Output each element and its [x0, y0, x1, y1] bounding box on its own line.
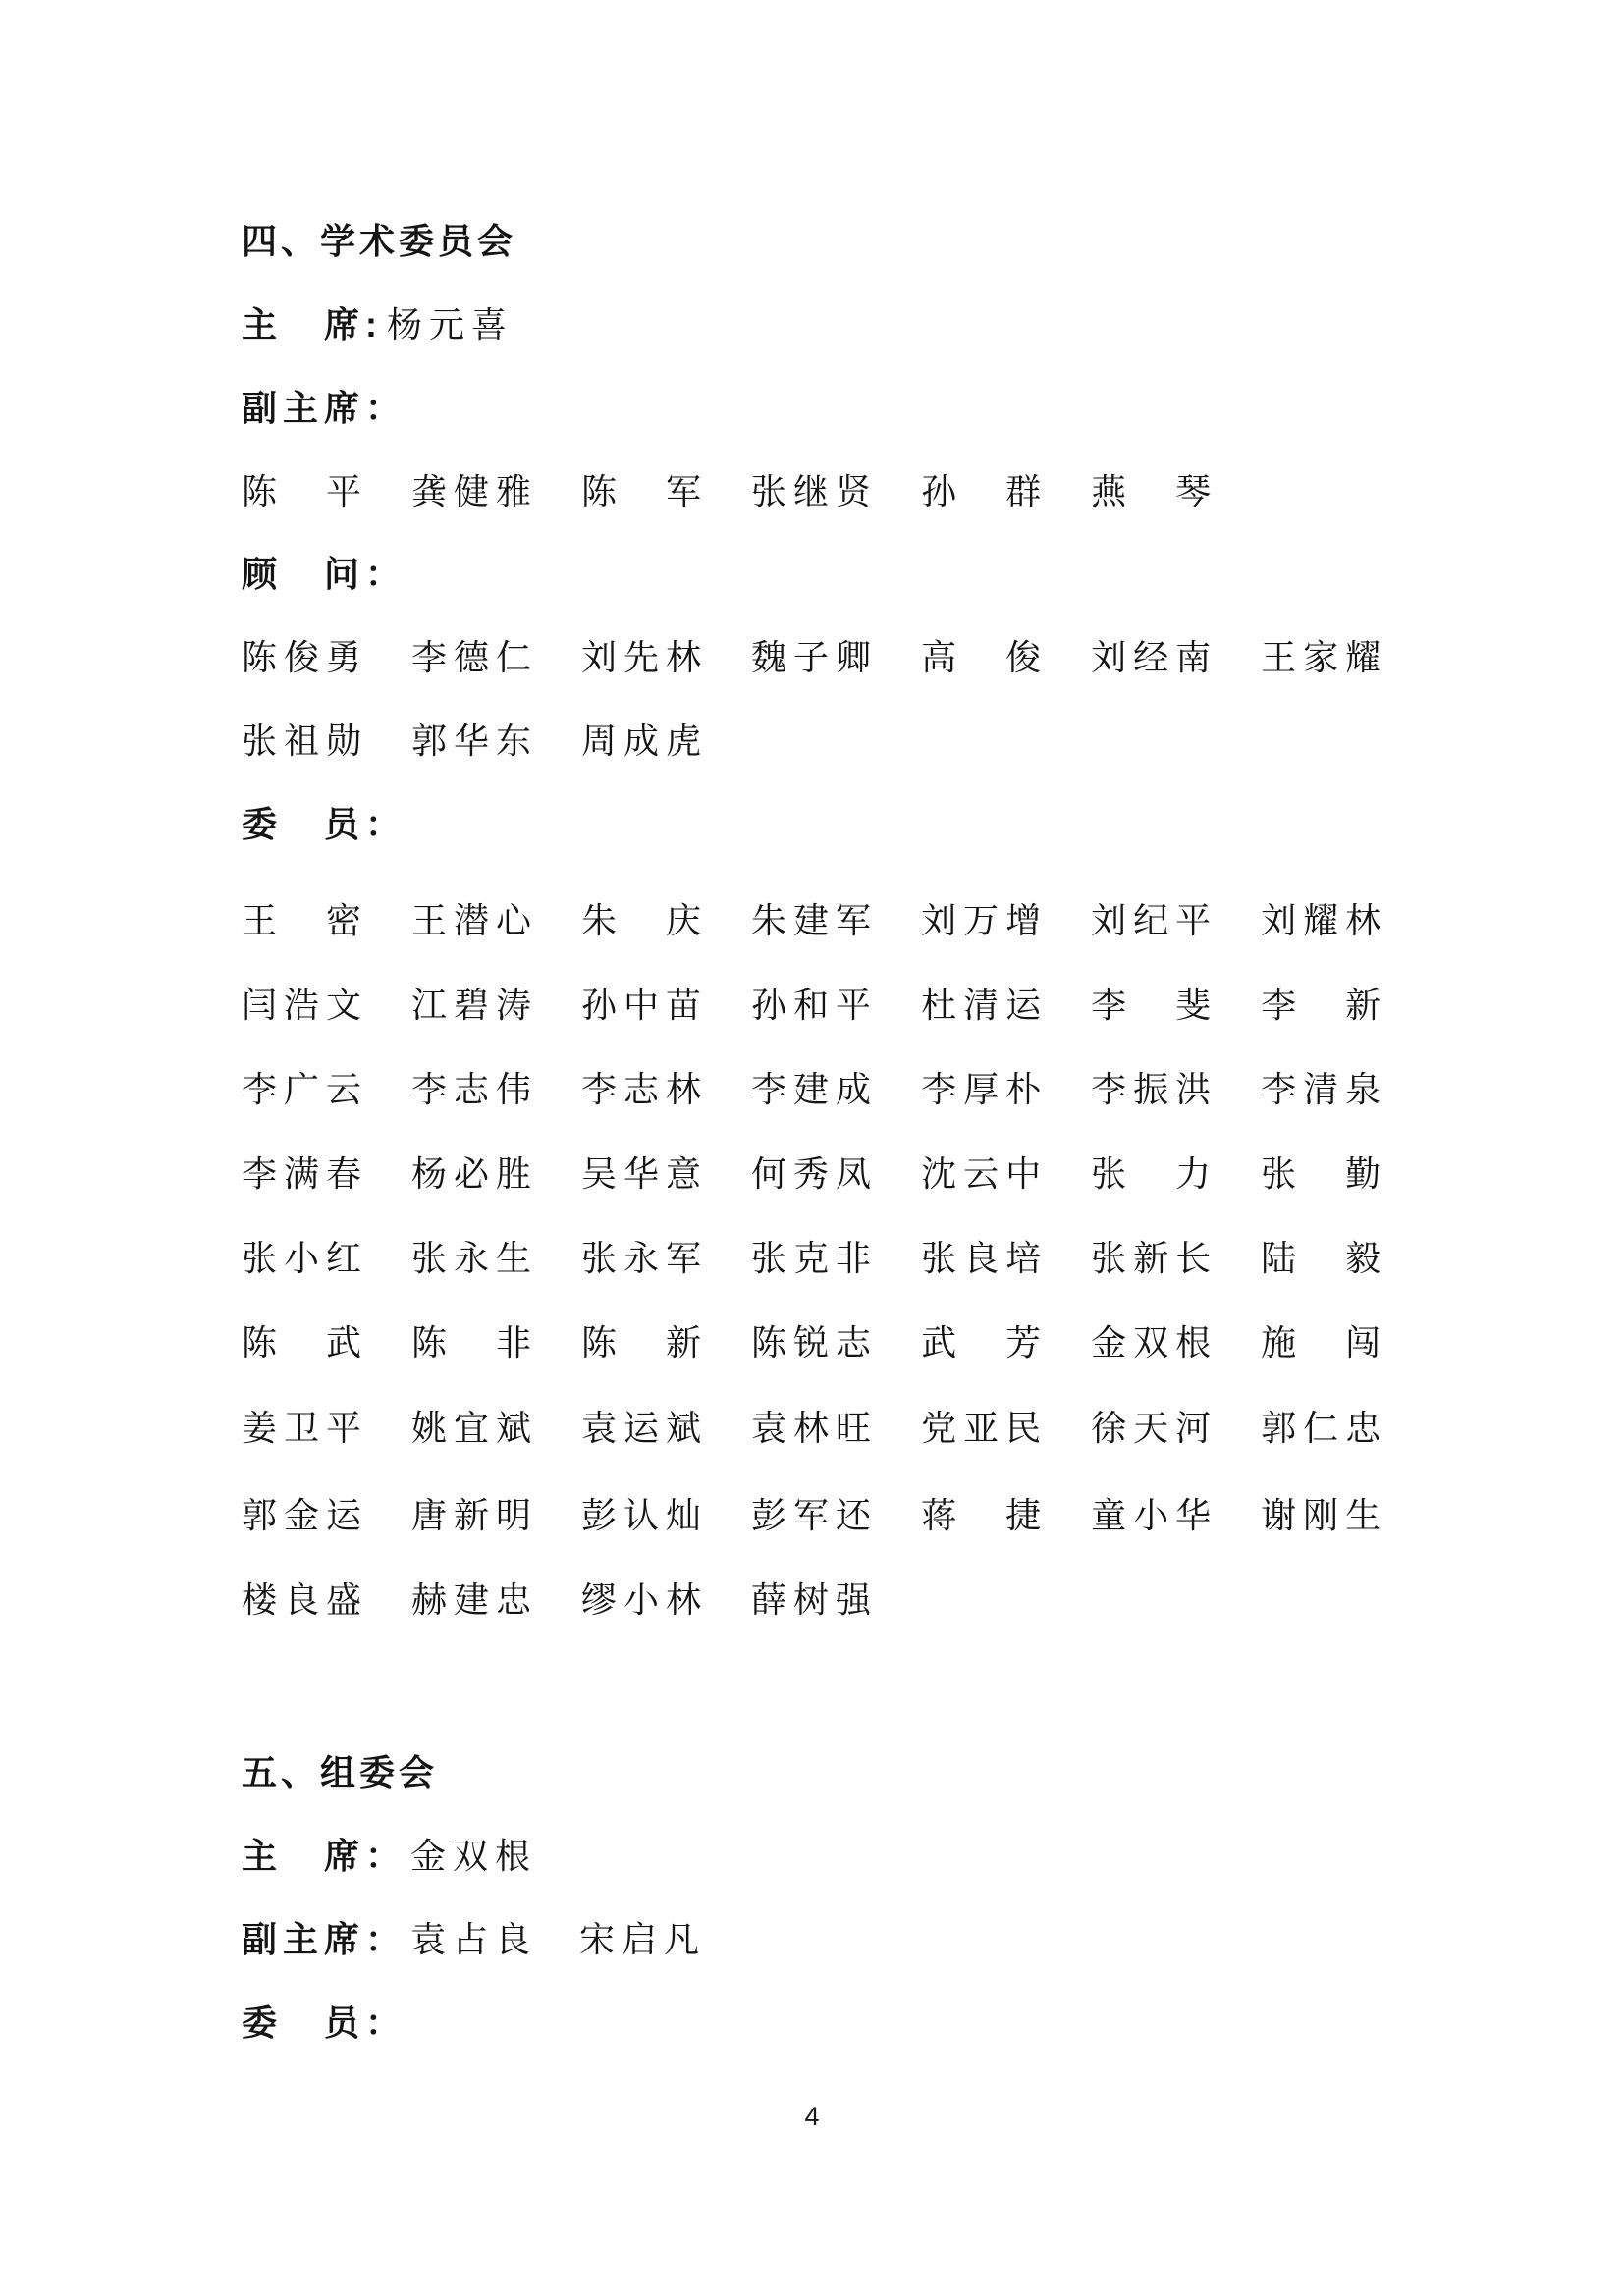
person-name: 郭仁忠 — [1261, 1411, 1387, 1446]
person-name: 郭华东 — [411, 723, 538, 759]
section4-member-label-line: 委 员： — [242, 807, 410, 842]
section5-vice-chair-line: 副主席：袁占良 宋启凡 — [242, 1922, 706, 1957]
person-name: 李建成 — [751, 1072, 878, 1107]
section4-member-row: 陈 武陈 非陈 新陈锐志武 芳金双根施 闯 — [242, 1325, 1387, 1361]
person-name: 陈 军 — [581, 474, 708, 509]
person-name: 张永生 — [411, 1241, 538, 1276]
person-name: 张良培 — [921, 1241, 1048, 1276]
section4-advisor-row: 陈俊勇李德仁刘先林魏子卿高 俊刘经南王家耀 — [242, 640, 1387, 675]
person-name: 孙 群 — [921, 474, 1048, 509]
person-name: 袁运斌 — [581, 1411, 708, 1446]
person-name: 徐天河 — [1091, 1411, 1218, 1446]
person-name: 陈 非 — [411, 1325, 538, 1361]
section4-member-row: 楼良盛赫建忠缪小林薛树强 — [242, 1582, 878, 1618]
section5-chair-label: 主 席： — [242, 1836, 406, 1876]
section4-member-row: 李满春杨必胜吴华意何秀凤沈云中张 力张 勤 — [242, 1156, 1387, 1192]
person-name: 孙中苗 — [581, 988, 708, 1023]
person-name: 朱 庆 — [581, 903, 708, 938]
person-name: 金双根 — [1091, 1325, 1218, 1361]
person-name: 李志伟 — [411, 1072, 538, 1107]
person-name: 蒋 捷 — [921, 1498, 1048, 1533]
person-name: 李 斐 — [1091, 988, 1218, 1023]
section5-heading: 五、组委会 — [242, 1755, 438, 1790]
person-name: 何秀凤 — [751, 1156, 878, 1192]
section5-chair-name: 金双根 — [410, 1839, 537, 1874]
section4-member-row: 王 密王潜心朱 庆朱建军刘万增刘纪平刘耀林 — [242, 903, 1387, 938]
section4-vice-chair-label-line: 副主席： — [242, 391, 410, 426]
section4-chair-label: 主 席: — [242, 304, 383, 345]
page-number: 4 — [0, 2104, 1624, 2130]
person-name: 唐新明 — [411, 1498, 538, 1533]
person-name: 王家耀 — [1261, 640, 1387, 675]
section4-advisor-label: 顾 问： — [242, 554, 406, 594]
person-name: 张小红 — [242, 1241, 368, 1276]
person-name: 袁林旺 — [751, 1411, 878, 1446]
person-name: 童小华 — [1091, 1498, 1218, 1533]
person-name: 张永军 — [581, 1241, 708, 1276]
section5-chair-line: 主 席：金双根 — [242, 1839, 537, 1874]
person-name: 张 勤 — [1261, 1156, 1387, 1192]
person-name: 李广云 — [242, 1072, 368, 1107]
person-name: 李德仁 — [411, 640, 538, 675]
person-name: 王潜心 — [411, 903, 538, 938]
section4-advisor-row: 张祖勋郭华东周成虎 — [242, 723, 708, 759]
person-name: 武 芳 — [921, 1325, 1048, 1361]
person-name: 谢刚生 — [1261, 1498, 1387, 1533]
person-name: 高 俊 — [921, 640, 1048, 675]
section4-member-row: 闫浩文江碧涛孙中苗孙和平杜清运李 斐李 新 — [242, 988, 1387, 1023]
person-name: 李清泉 — [1261, 1072, 1387, 1107]
person-name: 周成虎 — [581, 723, 708, 759]
person-name: 薛树强 — [751, 1582, 878, 1618]
person-name: 刘万增 — [921, 903, 1048, 938]
person-name: 陈 平 — [242, 474, 368, 509]
person-name: 刘先林 — [581, 640, 708, 675]
section4-chair-line: 主 席:杨元喜 — [242, 307, 514, 343]
person-name: 孙和平 — [751, 988, 878, 1023]
section4-member-row: 李广云李志伟李志林李建成李厚朴李振洪李清泉 — [242, 1072, 1387, 1107]
section4-chair-name: 杨元喜 — [387, 307, 514, 343]
person-name: 楼良盛 — [242, 1582, 368, 1618]
section4-member-row: 姜卫平姚宜斌袁运斌袁林旺党亚民徐天河郭仁忠 — [242, 1411, 1387, 1446]
person-name: 燕 琴 — [1091, 474, 1218, 509]
person-name: 张 力 — [1091, 1156, 1218, 1192]
person-name: 张克非 — [751, 1241, 878, 1276]
person-name: 杨必胜 — [411, 1156, 538, 1192]
section4-advisor-label-line: 顾 问： — [242, 557, 410, 592]
person-name: 彭认灿 — [581, 1498, 708, 1533]
section4-member-row: 张小红张永生张永军张克非张良培张新长陆 毅 — [242, 1241, 1387, 1276]
person-name: 陈俊勇 — [242, 640, 368, 675]
person-name: 李振洪 — [1091, 1072, 1218, 1107]
person-name: 吴华意 — [581, 1156, 708, 1192]
section5-member-label: 委 员： — [242, 2002, 406, 2043]
person-name: 江碧涛 — [411, 988, 538, 1023]
person-name: 陈 武 — [242, 1325, 368, 1361]
person-name: 陈锐志 — [751, 1325, 878, 1361]
person-name: 刘经南 — [1091, 640, 1218, 675]
person-name: 张祖勋 — [242, 723, 368, 759]
person-name: 王 密 — [242, 903, 368, 938]
person-name: 张继贤 — [751, 474, 878, 509]
section4-member-row: 郭金运唐新明彭认灿彭军还蒋 捷童小华谢刚生 — [242, 1498, 1387, 1533]
section4-vice-chair-label: 副主席： — [242, 388, 406, 428]
person-name: 郭金运 — [242, 1498, 368, 1533]
person-name: 陈 新 — [581, 1325, 708, 1361]
person-name: 闫浩文 — [242, 988, 368, 1023]
person-name: 党亚民 — [921, 1411, 1048, 1446]
person-name: 陆 毅 — [1261, 1241, 1387, 1276]
section4-member-label: 委 员： — [242, 804, 406, 844]
person-name: 姚宜斌 — [411, 1411, 538, 1446]
section5-vice-chair-label: 副主席： — [242, 1919, 406, 1959]
person-name: 龚健雅 — [411, 474, 538, 509]
person-name: 杜清运 — [921, 988, 1048, 1023]
person-name: 李志林 — [581, 1072, 708, 1107]
person-name: 李 新 — [1261, 988, 1387, 1023]
section5-member-label-line: 委 员： — [242, 2005, 410, 2041]
person-name: 彭军还 — [751, 1498, 878, 1533]
person-name: 姜卫平 — [242, 1411, 368, 1446]
person-name: 刘纪平 — [1091, 903, 1218, 938]
person-name: 缪小林 — [581, 1582, 708, 1618]
person-name: 施 闯 — [1261, 1325, 1387, 1361]
person-name: 沈云中 — [921, 1156, 1048, 1192]
section4-heading: 四、学术委员会 — [242, 224, 516, 259]
section5-vice-chair-names: 袁占良 宋启凡 — [410, 1922, 706, 1957]
person-name: 李满春 — [242, 1156, 368, 1192]
person-name: 李厚朴 — [921, 1072, 1048, 1107]
document-page: 四、学术委员会 主 席:杨元喜 副主席： 陈 平龚健雅陈 军张继贤孙 群燕 琴 … — [0, 0, 1624, 2296]
section4-vice-chair-row: 陈 平龚健雅陈 军张继贤孙 群燕 琴 — [242, 474, 1218, 509]
person-name: 张新长 — [1091, 1241, 1218, 1276]
person-name: 魏子卿 — [751, 640, 878, 675]
person-name: 刘耀林 — [1261, 903, 1387, 938]
person-name: 朱建军 — [751, 903, 878, 938]
person-name: 赫建忠 — [411, 1582, 538, 1618]
